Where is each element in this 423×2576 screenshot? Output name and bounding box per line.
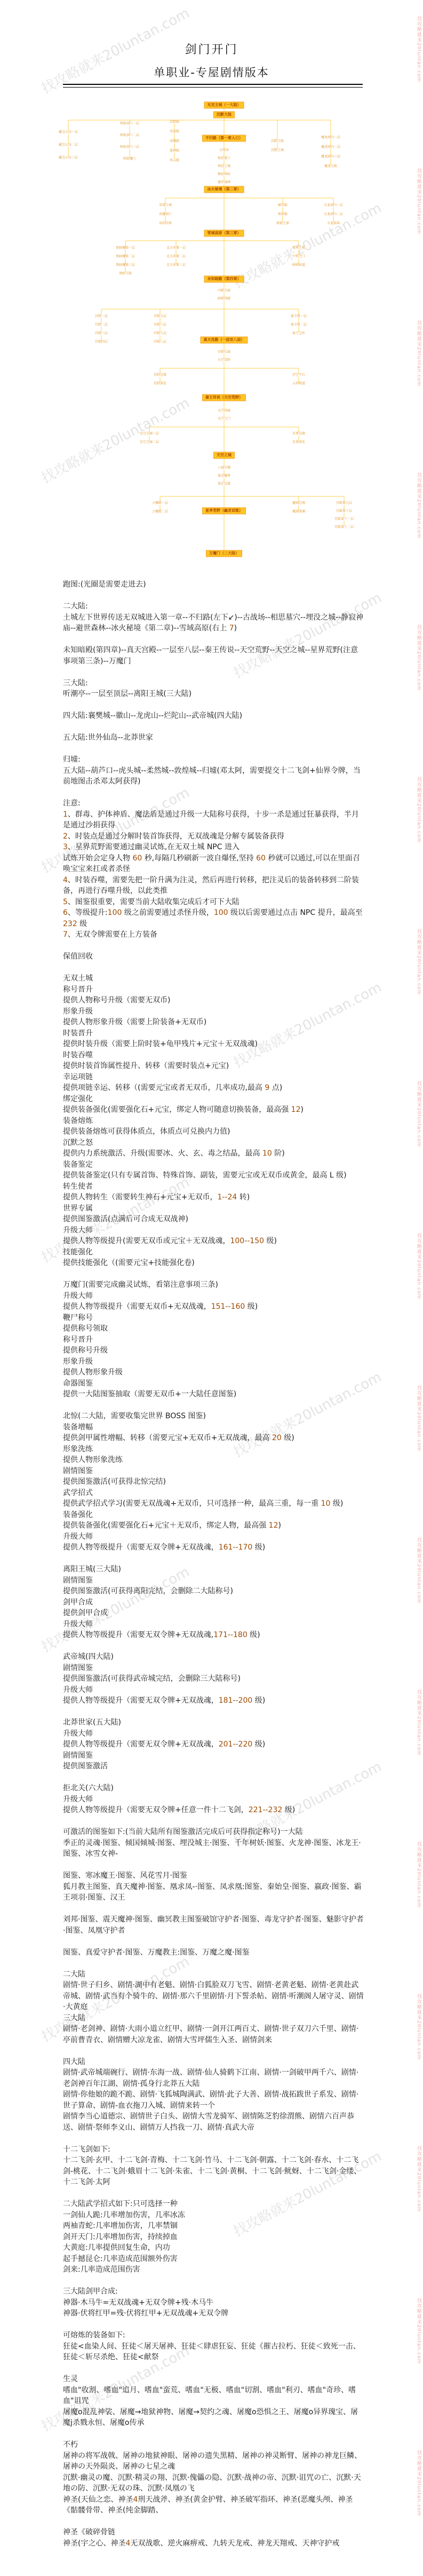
flowchart-node: 北方冰原一层 <box>166 247 186 250</box>
body-line <box>63 722 365 733</box>
body-line: 提供人物等级提升（需要无双令牌+无双战魂，201--220 级) <box>63 1739 365 1750</box>
flowchart-node: 星界深处 <box>292 441 306 444</box>
body-line: 称号晋升 <box>63 984 365 995</box>
body-line: 提供图鉴激活 <box>63 1761 365 1772</box>
flowchart-node: 藏宝山谷三层 <box>58 156 78 160</box>
flowchart-node: 宫殿六层 <box>153 323 167 327</box>
flowchart-node: 避世森林 <box>217 181 231 184</box>
flowchart-node: 中科之门 <box>292 255 306 258</box>
body-line: 五大陆:世外仙岛--北莽世家 <box>63 732 365 744</box>
watermark-edge: 找攻略就来20luntan.com <box>416 1081 422 1147</box>
body-line: 形象升级 <box>63 1006 365 1017</box>
body-line: 十二飞剑·玄甲、十二飞剑·青梅、十二飞剑·竹马、十二飞剑·朝露、十二飞剑·春水、… <box>63 2155 365 2188</box>
flowchart-node: 魔龙洞内二层 <box>321 146 341 149</box>
body-line: 可激活的图鉴如下:(当前大陆所有图鉴激活完成后可获得指定称号)一大陆 <box>63 1827 365 1838</box>
flowchart-node: 天龙洞内一层 <box>323 204 344 207</box>
body-line: 提供人物等级提升（需要无双令牌+无双战魂,171--180 级) <box>63 1630 365 1641</box>
body-line <box>63 1958 365 1969</box>
body-line: 生灵 <box>63 2374 365 2385</box>
body-line: 提供人物形象洗练 <box>63 1455 365 1466</box>
body-line: 沉默·幽灵の魔、沉默·精灵の翔、沉默·傀儡の隐、沉默·战神の帝、沉默·诅咒の亡、… <box>63 2472 365 2494</box>
flowchart-chapter-box: 星界荒野（幽灵试炼） <box>202 508 246 515</box>
body-line: 提供时装升级（需要上阶时装+龟甲残片+元宝＋无双战魂) <box>63 1039 365 1050</box>
flowchart-node: 天空之门 <box>217 417 231 421</box>
watermark-edge: 找攻略就来20luntan.com <box>416 2146 422 2212</box>
body-line: 图鉴、真爱守护者·图鉴、万魔教主:图鉴、万魔之魔·图鉴 <box>63 1947 365 1958</box>
flowchart-node: 迷茫边缘 <box>217 483 231 486</box>
body-line: 不朽 <box>63 2439 365 2451</box>
flowchart-node: 宫殿三层 <box>94 332 108 335</box>
flowchart-node: 宫殿五层 <box>153 315 167 318</box>
body-line: 升级大师 <box>63 1291 365 1302</box>
body-line: 提供称号升级 <box>63 1345 365 1356</box>
watermark-edge: 找攻略就来20luntan.com <box>416 1233 422 1299</box>
body-line: 提供剑甲属性增幅、转移（需要元宝+无双币+无双战魂，最高 20 级) <box>63 1433 365 1444</box>
body-line <box>63 2133 365 2144</box>
body-line: 起手撼昆仑:几率造成范围额外伤害 <box>63 2254 365 2265</box>
flowchart-node: 宫殿第九层 <box>336 502 353 505</box>
flowchart-node: 择录魔界 <box>217 475 231 478</box>
flowchart-chapter-box: 不归路（第一章入口） <box>202 135 246 142</box>
body-line: 一剑仙人跪:几率增加伤害，几率冰冻 <box>63 2210 365 2221</box>
flowchart-node: 蚂蚁洞穴一层 <box>119 122 140 125</box>
flowchart-node: 炼狱殿 <box>277 213 288 216</box>
body-line: 提供人物等级提升(需要无双币或元宝＋无双战魂，100--150 级) <box>63 1236 365 1247</box>
body-line: 图鉴、寒冰魔王·图鉴、风花雪月·图鉴 <box>63 1870 365 1882</box>
flowchart-node: 宫殿二层 <box>94 323 108 327</box>
document-page: { "header": { "title": "剑门开门", "subtitle… <box>0 0 423 2576</box>
body-line: 升级大师 <box>63 1728 365 1740</box>
watermark-edge: 找攻略就来20luntan.com <box>416 1537 422 1603</box>
flowchart-node: 宫殿七层 <box>153 332 167 335</box>
flowchart-chapter-box: 冰火秘境（第二章） <box>204 186 244 193</box>
body-line <box>63 1269 365 1280</box>
flowchart-node: 冰魔洞穴 <box>158 213 172 216</box>
flowchart-node: 暗殿暗道 <box>292 264 306 267</box>
body-line: 剧情李当心道德宗、剧情世子白头、剧情大雪龙骑军、剧情陈芝豹徐渭熊、剧情六百声恭送… <box>63 2111 365 2133</box>
body-line <box>63 744 365 755</box>
body-line: 剧情图鉴 <box>63 1466 365 1477</box>
body-line: 提供人物形象升级 <box>63 1367 365 1378</box>
body-line: 剧情图鉴 <box>63 1750 365 1761</box>
body-line: 提供人物形象升级（需要上阶装备+无双币) <box>63 1017 365 1028</box>
flowchart-node: 云端栈道 <box>292 382 306 385</box>
flowchart-node: 天龙洞内二层 <box>323 213 344 216</box>
body-line: 屠神の将军战戟、屠神の地狱神眼、屠神の遗失黑精、屠神の神灵断臂、屠神の神龙巨鳞、… <box>63 2451 365 2472</box>
body-line: 狂徒<血染人间、狂徒＜屠天屠神、狂徒＜肆虐狂妄、狂徒《摧古拉朽、狂徒＜致死一击、… <box>63 2341 365 2363</box>
body-line: 剧情图鉴 <box>63 1575 365 1586</box>
body-line: 三大陆: <box>63 678 365 689</box>
body-line <box>63 1860 365 1871</box>
body-line: 提供图鉴激活(可获得北惊完结) <box>63 1476 365 1488</box>
body-line: 提供人物等级提升（需要无双令牌+任意一件十二飞剑，221--232 级) <box>63 1805 365 1816</box>
body-line <box>63 941 365 952</box>
body-line: 形象洗练 <box>63 1444 365 1455</box>
body-line: 转生使者 <box>63 1181 365 1192</box>
body-line: 二大陆 <box>63 1969 365 1980</box>
flowchart-node: 荒野深处 <box>153 382 167 385</box>
body-line <box>63 962 365 974</box>
flowchart-node: 万魔殿二层 <box>151 510 169 513</box>
flowchart-node: 北方冰原二层 <box>166 255 186 258</box>
watermark-edge: 找攻略就来20luntan.com <box>416 2450 422 2516</box>
body-line: 剧情·世子归乡、剧情·湖中有老魁、剧情·白狐脸双刀飞雪、剧情·老黄老魁、剧情·老… <box>63 1980 365 2013</box>
body-line: 四大陆 <box>63 2057 365 2068</box>
body-line: 提供人物等级提升（需要无双令牌+无双战魂，181--200 级) <box>63 1695 365 1706</box>
body-line: 提供技能强化（(需要元宝+技能强化卷) <box>63 1258 365 1269</box>
body-line: 提供人物称号升级（需要无双币) <box>63 995 365 1006</box>
flowchart-node: 内殿走廊 <box>217 289 231 293</box>
body-line: 试炼开始会定身人物 60 秒,每隔几秒刷新一波自爆怪,坚持 60 秒就可以通过,… <box>63 853 365 875</box>
body-line: 装备鉴定 <box>63 1159 365 1171</box>
flowchart-node: 宫殿四层 <box>94 341 108 344</box>
body-line: 提供人物转生（需要转生神石+元宝+无双币，1--24 转) <box>63 1192 365 1203</box>
body-line: 升级大师 <box>63 1531 365 1543</box>
body-line <box>63 1816 365 1827</box>
body-line: 3、星界荒野需要通过幽灵试炼,在无双土城 NPC 进入 <box>63 842 365 853</box>
body-line: 神器·木马牛=无双战魂+无双令牌+残·木马牛 <box>63 2297 365 2309</box>
body-line: 装备强化 <box>63 1510 365 1521</box>
flowchart-node: 黑暗王殿 <box>118 272 132 275</box>
body-line: 剧情图鉴 <box>63 1663 365 1674</box>
body-line <box>63 1936 365 1947</box>
flowchart-chapter-box: 沉默大陆 <box>213 112 235 118</box>
body-line: 升级大师 <box>63 1225 365 1236</box>
flowchart-node: 雪宴殿 <box>169 130 180 133</box>
body-line: 神圣(宇之心、神圣4无双战歌、逆火麻痹戒、九转天龙戒、神龙天翔戒、天神守护戒 <box>63 2538 365 2549</box>
body-line: 剧情·你他娘的跪不跪、剧情·飞狐城陶满武、剧情·此子大善、剧情·战拓跋世子系发、… <box>63 2089 365 2111</box>
flowchart-node: 魔龙洞内三层 <box>321 155 341 159</box>
body-line <box>63 1706 365 1718</box>
flowchart-node: 浮空平台 <box>292 374 306 377</box>
body-line: 提供图鉴激活(可获得武帝城完结，会删除三大陆称号) <box>63 1673 365 1685</box>
watermark-edge: 找攻略就来20luntan.com <box>416 929 422 995</box>
flowchart-node: 幽冥殿 <box>277 204 288 207</box>
body-line <box>63 2045 365 2057</box>
body-line: 离阳王城(三大陆) <box>63 1564 365 1575</box>
flowchart-node: 魔域边境 <box>292 502 306 505</box>
body-line: 提供项链幸运、转移（(需要元宝或者无双币，几率成功,最高 9 点) <box>63 1082 365 1094</box>
body-line <box>63 1400 365 1411</box>
body-line: 北莽世家(五大陆) <box>63 1717 365 1728</box>
flowchart-node: 秦王陵二层 <box>290 323 307 327</box>
body-line: 沉默之怒 <box>63 1137 365 1149</box>
watermark-edge: 找攻略就来20luntan.com <box>416 1385 422 1451</box>
body-line: 狐月教主图鉴、真天魔神·图鉴、凰求凤-·图鉴、凤求凰:图鉴、秦始皇·图鉴、嬴政·… <box>63 1882 365 1903</box>
flowchart-node: 星界边缘 <box>292 432 306 436</box>
flowchart-chapter-box: 无双主城（一大陆） <box>204 102 244 109</box>
body-line: 提供装备熔炼可获得体质点，体质点可兑换内力值) <box>63 1126 365 1137</box>
body-text: 跑图:(光圈是需要走进去) 二大陆:土城左下世界传送无双城进入第一章--不归路(… <box>63 579 365 2549</box>
body-line: 2、时装点是通过分解时装首饰获得，无双战魂是分解专属装备获得 <box>63 831 365 842</box>
page-subtitle: 单职业-专屋剧情版本 <box>0 64 423 80</box>
body-line: 6、等级提升:100 级之前需要通过杀怪升级，100 级以后需要通过点击 NPC… <box>63 907 365 929</box>
watermark-edge: 找攻略就来20luntan.com <box>416 625 422 691</box>
flowchart-node: 秦王宝库 <box>292 332 306 335</box>
body-line: 世界专属 <box>63 1203 365 1214</box>
flowchart-node: 宫殿第十二层 <box>334 526 354 529</box>
title-divider <box>63 84 363 88</box>
body-line: 注意: <box>63 798 365 809</box>
flowchart-node: 暗殿回廊 <box>217 297 231 301</box>
flowchart-node: 天空荒野 <box>217 359 231 362</box>
flowchart-node: 魔龙洞内一层 <box>321 136 341 139</box>
body-line: 幸运项链 <box>63 1072 365 1083</box>
flowchart-node: 相思墓穴 <box>217 157 231 160</box>
flowchart-node: 魔龙大殿 <box>324 165 338 168</box>
body-line <box>63 590 365 602</box>
flowchart-node: 沉默殿 <box>169 121 180 124</box>
body-line: 提供装备鉴定(只有专属首饰、特殊首饰、副装，需要元宝或无双币或黄金，最高 L 级… <box>63 1170 365 1181</box>
body-line: 提供一大陆图鉴抽取（需要无双币+一大陆任意图鉴) <box>63 1389 365 1400</box>
body-line: 提供人物等级提升（需要无双币+无双战魂，151--160 级) <box>63 1301 365 1313</box>
body-line: 可熔炼的装备如下: <box>63 2330 365 2341</box>
body-line: 提供时装首饰属性提升、转移（需要时装点+元宝) <box>63 1061 365 1072</box>
watermark-edge: 找攻略就来20luntan.com <box>416 1689 422 1756</box>
body-line: 嗜血"收割、嗜血"追月、嗜血"蛮荒、嗜血"无极、嗜血"切割、嗜血"利刃、嗜血"奇… <box>63 2385 365 2407</box>
body-line: 四大陆:襄樊城--徽山--龙虎山--烂陀山--武帝城(四大陆) <box>63 710 365 722</box>
flowchart-node: 沉默之殿 <box>270 140 284 143</box>
body-line: 提供图鉴激活(点满后可合成无双战神) <box>63 1214 365 1225</box>
flowchart-node: 黑暗魔殿一层 <box>115 247 135 250</box>
flowchart-node: 宫殿八层 <box>153 341 167 344</box>
flowchart-node: 天龙部落 <box>326 222 340 225</box>
flowchart-node: 藏宝山谷一层 <box>58 131 78 134</box>
body-line <box>63 1553 365 1564</box>
body-line: 剑甲合成 <box>63 1597 365 1608</box>
body-line: 提供剑甲合成 <box>63 1608 365 1619</box>
body-line <box>63 667 365 678</box>
body-line: 无双土城 <box>63 973 365 984</box>
flowchart-node: 凤云殿 <box>169 159 180 162</box>
flowchart-node: 雪域之城 <box>158 204 172 207</box>
flowchart-chapter-box: 万魔门（二大陆） <box>206 550 242 557</box>
watermark-edge: 找攻略就来20luntan.com <box>416 777 422 843</box>
body-line <box>63 2275 365 2287</box>
body-line: 剑来:几率造成范围伤害 <box>63 2264 365 2275</box>
body-line <box>63 634 365 645</box>
flowchart-chapter-box: 雪域高原（第三章） <box>204 230 244 237</box>
body-line: 神圣(天仙之恋、神圣4刑天战斧、神圣(黄金护臂、神圣破军指环、神圣(恶魔头颅、神… <box>63 2494 365 2516</box>
flowchart-node: 炼狱之原 <box>276 222 290 225</box>
body-line: 跑图:(光圈是需要走进去) <box>63 579 365 590</box>
body-line <box>63 2429 365 2440</box>
body-line: 提供装备强化(需要强化石+元宝＋无双币，绑定人物，最高强 12) <box>63 1520 365 1531</box>
body-line: 提供人物等级提升（需要无双令牌+无双战魂，161--170 级) <box>63 1542 365 1553</box>
body-line: 屠魔о混乱神裟、屠魔→地狱神物、屠魔→契约之魂、屠魔о恐惧之王、屠魔о异界瑰宝、… <box>63 2407 365 2429</box>
body-line: 升级大师 <box>63 1685 365 1696</box>
body-line: 称号晋升 <box>63 1334 365 1346</box>
body-line: 神圣《破碎骨链 <box>63 2527 365 2538</box>
flowchart-node: 宫殿第十层 <box>336 510 353 513</box>
body-line: 提供内力系统激活、升级(需要冰、火、玄、毒之结晶，最高 10 阶) <box>63 1148 365 1159</box>
body-line: 剑开天门:几率增加伤害，持续掉血 <box>63 2232 365 2243</box>
flowchart-node: 静寂神庙 <box>217 173 231 176</box>
body-line: 刘邦·图鉴、震天魔神·图鉴、幽冥教主图鉴破馆守护者·图鉴、毒龙守护者·图鉴、魅影… <box>63 1914 365 1936</box>
body-line: 听潮亭--一层至顶层--离阳王城(三大陆) <box>63 689 365 700</box>
flowchart-chapter-box: 天空之城 <box>213 452 235 459</box>
flowchart-node: 埋没之城 <box>217 165 231 168</box>
watermark-edge: 找攻略就来20luntan.com <box>416 1842 422 1908</box>
body-line <box>63 2188 365 2199</box>
body-line: 保值回收 <box>63 951 365 962</box>
body-line <box>63 1641 365 1652</box>
body-line: 拒北关(六大陆) <box>63 1783 365 1794</box>
flowchart: 藏宝山谷一层藏宝山谷二层藏宝山谷三层蚂蚁洞穴一层蚂蚁洞穴二层蚂蚁洞穴三层蚂蚁魔穴… <box>0 99 423 558</box>
body-line: 两袖青蛇:几率增加伤害，几率禁锢 <box>63 2221 365 2232</box>
watermark-edge: 找攻略就来20luntan.com <box>416 2298 422 2364</box>
body-line: 鞭尸称号 <box>63 1313 365 1324</box>
body-line: 5、图鉴很重要，需要当前大陆收集完成后才可下大陆 <box>63 897 365 908</box>
body-line: 二大陆: <box>63 601 365 612</box>
flowchart-node: 蚂蚁洞穴三层 <box>119 146 140 149</box>
flowchart-node: 天空回廊 <box>217 409 231 413</box>
flowchart-node: 荒野边缘 <box>153 374 167 377</box>
flowchart-node: 蚂蚁魔穴 <box>123 157 137 161</box>
body-line: 剧情·老剑神、剧情·大雨小道立红甲、剧情·一剑开江两百丈、剧情·世子双刀六千里、… <box>63 2024 365 2045</box>
body-line <box>63 1903 365 1915</box>
body-line <box>63 1772 365 1783</box>
flowchart-node: 魔域深渊 <box>292 510 306 513</box>
body-line: 未知暗殿(第四章)--真天宫殿--一层至八层--秦王传说--天空荒野--天空之城… <box>63 645 365 667</box>
body-line: 装备熔炼 <box>63 1116 365 1127</box>
body-line: 时装吞噬 <box>63 1050 365 1061</box>
body-line: 提供图鉴激活(可获得离阳完结，会删除二大陆称号) <box>63 1586 365 1597</box>
body-line: 剧情·武帝城端碗行、剧情·东海一战、剧情·仙人骑鹤下江南、剧情·一剑破甲两千六、… <box>63 2067 365 2089</box>
flowchart-connectors <box>0 99 423 558</box>
body-line: 提供武学招式学习(需要无双战魂+无双币，只可选择一种，最高三重，每一重 10 级… <box>63 1498 365 1510</box>
body-line: 季正的灵魂·图鉴、倾国倾城·图鉴、埋没城主·图鉴、千年树妖·图鉴、火龙神·图鉴、… <box>63 1838 365 1860</box>
flowchart-chapter-box: 秦王传说（天空荒野） <box>202 394 246 401</box>
body-line <box>63 2363 365 2374</box>
body-line: 提供装备强化(需要强化石+元宝，绑定人物可随意切换装备，最高强 12) <box>63 1104 365 1116</box>
flowchart-chapter-box: 真天宫殿（一层至八层） <box>201 337 248 344</box>
flowchart-node: 冰魔殿 <box>169 140 180 143</box>
body-line <box>63 787 365 799</box>
page-title: 剑门开门 <box>0 41 423 57</box>
body-line: 命器图鉴 <box>63 1378 365 1389</box>
body-line: 时装晋升 <box>63 1028 365 1039</box>
flowchart-node: 极寒之地 <box>292 247 306 250</box>
flowchart-node: 黑暗魔殿二层 <box>115 255 135 258</box>
body-line <box>63 2319 365 2330</box>
body-line <box>63 2516 365 2527</box>
flowchart-chapter-box: 未知暗殿（第四章） <box>204 276 244 283</box>
flowchart-node: 战神殿 <box>169 149 180 153</box>
flowchart-node: 星空走廊二层 <box>139 441 159 444</box>
body-line: 土城左下世界传送无双城进入第一章--不归路(左下↙)--古战场--相思墓穴--埋… <box>63 612 365 634</box>
body-line: 7、无双令牌需要在上方装备 <box>63 929 365 941</box>
body-line: 三大陆剑甲合成: <box>63 2286 365 2297</box>
body-line: 二大陆武学招式如下:只可选择一种 <box>63 2199 365 2210</box>
body-line: 4、时装吞噬，需要先把一阶升满为注灵，然后再进行转移，把注灵后的装备转移到二阶装… <box>63 875 365 897</box>
body-line: 升级大师 <box>63 1794 365 1805</box>
watermark-edge: 找攻略就来20luntan.com <box>416 1994 422 2060</box>
body-line: 武帝城(四大陆) <box>63 1652 365 1663</box>
body-line: 武学招式 <box>63 1488 365 1499</box>
flowchart-node: 藏宝山谷二层 <box>58 144 78 147</box>
flowchart-node: 北方冰原三层 <box>166 264 186 267</box>
flowchart-node: 宫殿一层 <box>94 315 108 318</box>
flowchart-node: 万魔殿一层 <box>151 502 169 505</box>
body-line: 1、群毒、护体神盾、魔法盾是通过升级一大陆称号获得，十步一杀是通过狂暴获得，半月… <box>63 809 365 831</box>
flowchart-node: 黑暗魔殿三层 <box>115 264 135 267</box>
body-line: 技能强化 <box>63 1247 365 1258</box>
body-line: 十二飞剑如下: <box>63 2144 365 2155</box>
body-line: 装备增幅 <box>63 1422 365 1433</box>
body-line: 绑定强化 <box>63 1094 365 1105</box>
body-line: 升级大师 <box>63 1619 365 1630</box>
flowchart-node: 宫殿长廊 <box>217 351 231 354</box>
flowchart-node: 秦王陵一层 <box>290 315 307 318</box>
flowchart-node: 六城左侧 <box>217 467 231 470</box>
flowchart-node: 古战场 <box>219 149 229 152</box>
flowchart-node: 星空走廊一层 <box>139 432 159 436</box>
body-line: 神器·伏将红甲=残·伏将红甲+无双战魂+无双令牌 <box>63 2308 365 2319</box>
body-line: 万魔门(需要完成幽灵试炼，看第注意事项三条) <box>63 1279 365 1291</box>
flowchart-node: 沉默之城 <box>270 149 284 152</box>
body-line: 形象升级 <box>63 1356 365 1368</box>
body-line: 大黄庭:几率提供回复生命，内功 <box>63 2242 365 2254</box>
flowchart-node: 宫殿第十一层 <box>334 518 354 521</box>
body-line: 提供称号领取 <box>63 1323 365 1334</box>
body-line: 五大陆--葫芦口--虎头城--柔然城--敦煌城--归墟(邓太阿，需要提交十二飞剑… <box>63 765 365 787</box>
body-line: 三大陆 <box>63 2013 365 2024</box>
body-line: 北惊(二大陆，需要收集完世界 BOSS 图鉴) <box>63 1411 365 1422</box>
flowchart-node: 蚂蚁洞穴二层 <box>119 134 140 137</box>
flowchart-node: 冰封结界 <box>158 222 172 225</box>
body-line <box>63 700 365 711</box>
body-line: 归墟: <box>63 754 365 765</box>
